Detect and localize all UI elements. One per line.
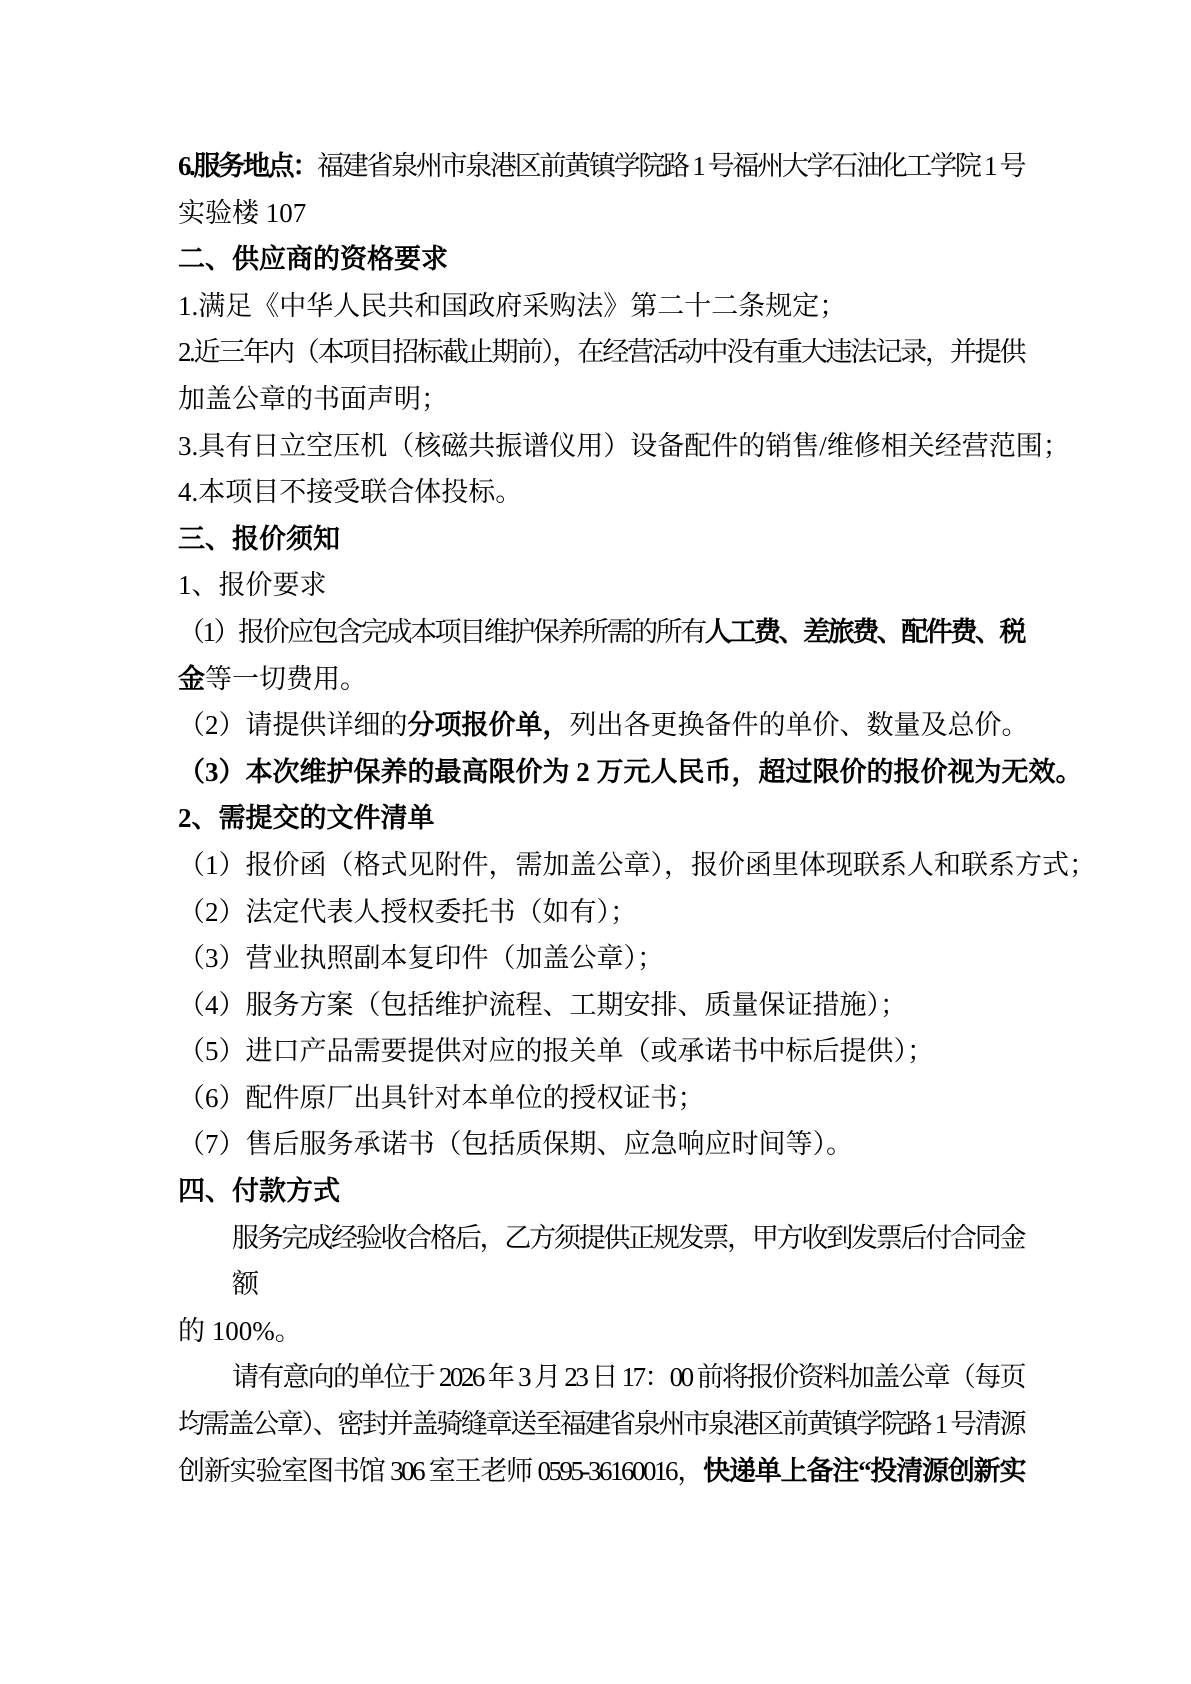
bold-text-segment: 2、需提交的文件清单 [178,803,435,833]
line-payment-1: 服务完成经验收合格后，乙方须提供正规发票，甲方收到发票后付合同金额 [178,1215,1024,1308]
line-quotation-req-1: （1）报价应包含完成本项目维护保养所需的所有人工费、差旅费、配件费、税 [178,609,1024,656]
heading-payment-method: 四、付款方式 [178,1168,1024,1215]
line-qualification-2: 2.近三年内（本项目招标截止期前），在经营活动中没有重大违法记录，并提供 [178,329,1024,376]
text-segment: （5）进口产品需要提供对应的报关单（或承诺书中标后提供）； [178,1036,934,1066]
line-service-location: 6.服务地点：福建省泉州市泉港区前黄镇学院路 1 号福州大学石油化工学院 1 号 [178,143,1024,190]
text-segment: 4.本项目不接受联合体投标。 [178,477,522,507]
line-qualification-2-cont: 加盖公章的书面声明； [178,376,1024,423]
text-segment: 2.近三年内（本项目招标截止期前），在经营活动中没有重大违法记录，并提供 [178,337,1024,367]
line-document-1: （1）报价函（格式见附件，需加盖公章），报价函里体现联系人和联系方式； [178,842,1024,889]
document-page: 6.服务地点：福建省泉州市泉港区前黄镇学院路 1 号福州大学石油化工学院 1 号… [0,0,1191,1684]
line-document-2: （2）法定代表人授权委托书（如有）； [178,889,1024,936]
text-segment: 加盖公章的书面声明； [178,384,448,414]
text-segment: 的 100%。 [178,1316,302,1346]
text-segment: 等一切费用。 [205,664,367,694]
text-segment: （2）请提供详细的 [178,710,408,740]
bold-text-segment: 四、付款方式 [178,1176,340,1206]
line-document-5: （5）进口产品需要提供对应的报关单（或承诺书中标后提供）； [178,1028,1024,1075]
bold-text-segment: 分项报价单， [408,710,570,740]
bold-text-segment: 6.服务地点： [178,151,317,181]
bold-text-segment: 快递单上备注“投清源创新实 [703,1456,1024,1486]
line-document-4: （4）服务方案（包括维护流程、工期安排、质量保证措施）； [178,982,1024,1029]
line-qualification-1: 1.满足《中华人民共和国政府采购法》第二十二条规定； [178,283,1024,330]
line-quotation-requirements-title: 1、报价要求 [178,562,1024,609]
text-segment: 创新实验室图书馆 306 室王老师 0595-36160016， [178,1456,703,1486]
bold-text-segment: 三、报价须知 [178,524,340,554]
text-segment: 1.满足《中华人民共和国政府采购法》第二十二条规定； [178,291,846,321]
line-service-location-cont: 实验楼 107 [178,190,1024,237]
text-segment: （1）报价应包含完成本项目维护保养所需的所有 [178,617,705,647]
heading-supplier-qualification: 二、供应商的资格要求 [178,236,1024,283]
line-document-6: （6）配件原厂出具针对本单位的授权证书； [178,1075,1024,1122]
text-segment: 福建省泉州市泉港区前黄镇学院路 1 号福州大学石油化工学院 1 号 [317,151,1024,181]
text-segment: （4）服务方案（包括维护流程、工期安排、质量保证措施）； [178,990,907,1020]
text-segment: 请有意向的单位于 2026 年 3 月 23 日 17：00 前将报价资料加盖公… [232,1362,1024,1392]
text-segment: 3.具有日立空压机（核磁共振谱仪用）设备配件的销售/维修相关经营范围； [178,431,1070,461]
text-segment: 实验楼 107 [178,198,306,228]
text-segment: 服务完成经验收合格后，乙方须提供正规发票，甲方收到发票后付合同金额 [232,1223,1024,1300]
line-qualification-3: 3.具有日立空压机（核磁共振谱仪用）设备配件的销售/维修相关经营范围； [178,423,1024,470]
bold-text-segment: （3）本次维护保养的最高限价为 2 万元人民币，超过限价的报价视为无效。 [178,757,1083,787]
line-quotation-req-3: （3）本次维护保养的最高限价为 2 万元人民币，超过限价的报价视为无效。 [178,749,1024,796]
line-submission-1: 请有意向的单位于 2026 年 3 月 23 日 17：00 前将报价资料加盖公… [178,1354,1024,1401]
line-document-3: （3）营业执照副本复印件（加盖公章）； [178,935,1024,982]
bold-text-segment: 人工费、差旅费、配件费、税 [705,617,1024,647]
line-quotation-req-1-cont: 金等一切费用。 [178,656,1024,703]
line-submission-2: 均需盖公章）、密封并盖骑缝章送至福建省泉州市泉港区前黄镇学院路 1 号清源 [178,1401,1024,1448]
line-qualification-4: 4.本项目不接受联合体投标。 [178,469,1024,516]
text-segment: （3）营业执照副本复印件（加盖公章）； [178,943,664,973]
heading-quotation-notice: 三、报价须知 [178,516,1024,563]
document-body: 6.服务地点：福建省泉州市泉港区前黄镇学院路 1 号福州大学石油化工学院 1 号… [178,143,1024,1494]
text-segment: （2）法定代表人授权委托书（如有）； [178,897,637,927]
text-segment: （7）售后服务承诺书（包括质保期、应急响应时间等）。 [178,1129,853,1159]
text-segment: 均需盖公章）、密封并盖骑缝章送至福建省泉州市泉港区前黄镇学院路 1 号清源 [178,1409,1024,1439]
line-payment-1-cont: 的 100%。 [178,1308,1024,1355]
bold-text-segment: 金 [178,664,205,694]
line-quotation-req-2: （2）请提供详细的分项报价单，列出各更换备件的单价、数量及总价。 [178,702,1024,749]
text-segment: 列出各更换备件的单价、数量及总价。 [570,710,1029,740]
bold-text-segment: 二、供应商的资格要求 [178,244,448,274]
text-segment: （6）配件原厂出具针对本单位的授权证书； [178,1083,705,1113]
heading-documents-list: 2、需提交的文件清单 [178,795,1024,842]
line-document-7: （7）售后服务承诺书（包括质保期、应急响应时间等）。 [178,1121,1024,1168]
line-submission-3: 创新实验室图书馆 306 室王老师 0595-36160016，快递单上备注“投… [178,1448,1024,1495]
text-segment: （1）报价函（格式见附件，需加盖公章），报价函里体现联系人和联系方式； [178,850,1096,880]
text-segment: 1、报价要求 [178,570,327,600]
